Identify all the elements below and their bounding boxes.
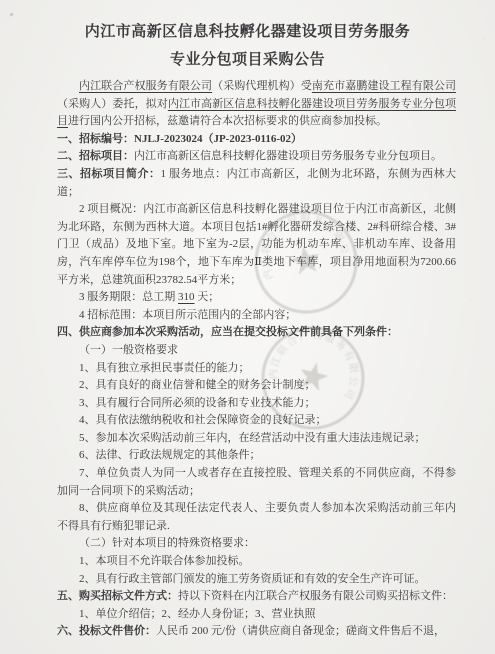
text-run: （采购代理机构）受: [212, 80, 312, 92]
text-run: （二）针对本项目的特殊资格要求：: [79, 537, 255, 549]
general-item-8: 8、供应商单位及其现任法定代表人、主要负责人参加本次采购活动前三年内不得具有行贿…: [57, 500, 456, 535]
text-run: 1、具有独立承担民事责任的能力；: [79, 362, 250, 374]
text-run: 2、具有行政主管部门颁发的施工劳务资质证和有效的安全生产许可证。: [79, 573, 426, 585]
text-run: 2 项目概况：内江市高新区信息科技孵化器建设项目位于内江市高新区，北侧为北环路，…: [57, 203, 456, 285]
text-run: 持以下资料在内江联合产权服务有限公司购买招标文件：: [178, 590, 453, 602]
general-item-6: 6、法律、行政法规规定的其他条件；: [57, 447, 456, 465]
section-6-document-price: 六、投标文件售价：人民币 200 元/份（请供应商自备现金；磋商文件售后不退，: [57, 623, 456, 641]
project-overview: 2 项目概况：内江市高新区信息科技孵化器建设项目位于内江市高新区，北侧为北环路，…: [57, 201, 456, 289]
text-run: 进行国内公开招标，兹邀请符合本次招标要求的供应商参加投标。: [68, 115, 387, 127]
text-run: 内江联合产权服务有限公司: [79, 80, 212, 92]
general-qualification-heading: （一）一般资格要求: [57, 342, 456, 360]
text-run: 五、购买招标文件方式：: [57, 590, 178, 602]
service-period: 3 服务期限：总工期 310 天；: [57, 289, 456, 307]
purchase-materials: 1、单位介绍信；2、经办人身份证；3、营业执照: [57, 606, 456, 624]
text-run: 8、供应商单位及其现任法定代表人、主要负责人参加本次采购活动前三年内不得具有行贿…: [57, 502, 456, 532]
text-run: 南充市嘉鹏建设工程有限公司: [312, 80, 456, 92]
text-run: 六、投标文件售价：: [57, 625, 156, 637]
special-qualification-heading: （二）针对本项目的特殊资格要求：: [57, 535, 456, 553]
text-run: 4 招标范围：本项目所示范围内的全部内容；: [79, 309, 296, 321]
text-run: （采购人）委托，拟对: [57, 98, 168, 110]
text-run: 内江市高新区信息科技孵化器建设项目劳务服务专业分包项目。: [134, 150, 442, 162]
section-1-tender-number: 一、招标编号：NJLJ-2023024（JP-2023-0116-02）: [57, 131, 456, 149]
general-item-2: 2、具有良好的商业信誉和健全的财务会计制度；: [57, 377, 456, 395]
tender-scope: 4 招标范围：本项目所示范围内的全部内容；: [57, 307, 456, 325]
title-line-2: 专业分包项目采购公告: [0, 46, 495, 74]
special-item-1: 1、本项目不允许联合体参加投标。: [57, 553, 456, 571]
general-item-1: 1、具有独立承担民事责任的能力；: [57, 360, 456, 378]
text-run: 1、单位介绍信；2、经办人身份证；3、营业执照: [79, 608, 316, 620]
special-item-2: 2、具有行政主管部门颁发的施工劳务资质证和有效的安全生产许可证。: [57, 571, 456, 589]
text-run: 人民币 200 元/份（请供应商自备现金；磋商文件售后不退，: [156, 625, 445, 637]
text-run: 2、具有良好的商业信誉和健全的财务会计制度；: [79, 379, 316, 391]
text-run: 6、法律、行政法规规定的其他条件；: [79, 449, 261, 461]
text-run: 5、参加本次采购活动前三年内，在经营活动中没有重大违法违规记录；: [79, 432, 426, 444]
section-3-project-brief: 三、招标项目简介：1 服务地点：内江市高新区，北侧为北环路，东侧为西林大道；: [57, 166, 456, 201]
general-item-4: 4、具有依法缴纳税收和社会保障资金的良好记录；: [57, 412, 456, 430]
text-run: （一）一般资格要求: [79, 344, 178, 356]
document-title: 内江市高新区信息科技孵化器建设项目劳务服务 专业分包项目采购公告: [0, 18, 495, 74]
document-body: 内江联合产权服务有限公司（采购代理机构）受南充市嘉鹏建设工程有限公司（采购人）委…: [57, 78, 456, 641]
general-item-3: 3、具有履行合同所必须的设备和专业技术能力；: [57, 395, 456, 413]
text-run: 四、供应商参加本次采购活动，应当在提交投标文件前具备下列条件：: [57, 326, 398, 338]
text-run: 3 服务期限：总工期: [79, 291, 178, 303]
document-content: 内江市高新区信息科技孵化器建设项目劳务服务 专业分包项目采购公告 内江联合产权服…: [0, 0, 495, 654]
section-2-tender-project: 二、招标项目：内江市高新区信息科技孵化器建设项目劳务服务专业分包项目。: [57, 148, 456, 166]
title-line-1: 内江市高新区信息科技孵化器建设项目劳务服务: [0, 18, 495, 46]
text-run: 7、单位负责人为同一人或者存在直接控股、管理关系的不同供应商，不得参加同一合同项…: [57, 467, 456, 497]
intro-paragraph: 内江联合产权服务有限公司（采购代理机构）受南充市嘉鹏建设工程有限公司（采购人）委…: [57, 78, 456, 131]
section-5-purchase-method: 五、购买招标文件方式：持以下资料在内江联合产权服务有限公司购买招标文件：: [57, 588, 456, 606]
text-run: 3、具有履行合同所必须的设备和专业技术能力；: [79, 397, 316, 409]
general-item-5: 5、参加本次采购活动前三年内，在经营活动中没有重大违法违规记录；: [57, 430, 456, 448]
text-run: 1、本项目不允许联合体参加投标。: [79, 555, 250, 567]
general-item-7: 7、单位负责人为同一人或者存在直接控股、管理关系的不同供应商，不得参加同一合同项…: [57, 465, 456, 500]
text-run: 三、招标项目简介：: [57, 168, 160, 180]
section-4-supplier-conditions: 四、供应商参加本次采购活动，应当在提交投标文件前具备下列条件：: [57, 324, 456, 342]
text-run: 4、具有依法缴纳税收和社会保障资金的良好记录；: [79, 414, 327, 426]
text-run: 310: [178, 291, 195, 303]
text-run: 二、招标项目：: [57, 150, 134, 162]
text-run: 一、招标编号：NJLJ-2023024（JP-2023-0116-02）: [57, 133, 302, 145]
scanned-document-page: 内江联合产权服务有限公司 内江联合产权服务有限公司 内江市高新区信息科技孵化器建…: [0, 0, 495, 654]
text-run: 天；: [195, 291, 220, 303]
